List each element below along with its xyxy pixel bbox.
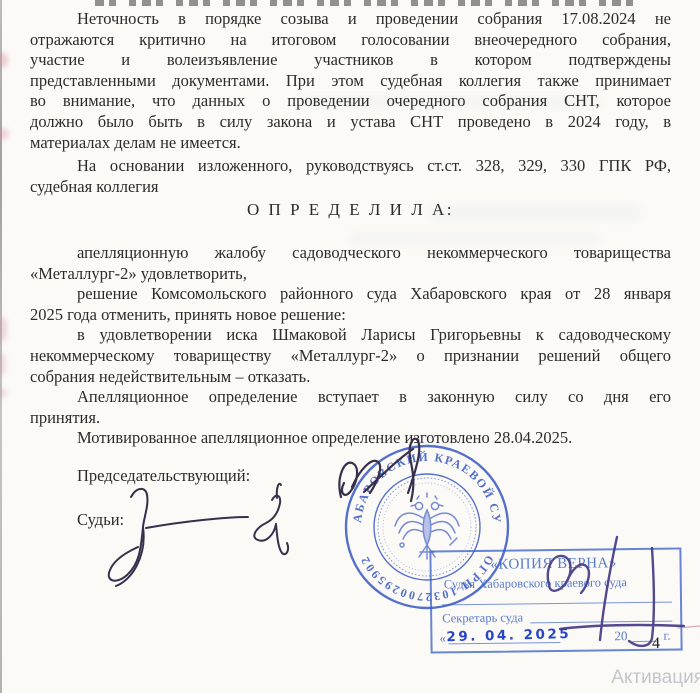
scan-blotch [0,352,6,376]
scanned-court-document-page: Неточность в порядке созыва и проведении… [0,0,700,693]
para-motivated-date: Мотивированное апелляционное определение… [30,428,671,449]
text-line: На основании изложенного, руководствуясь… [30,156,671,177]
text-line: решение Комсомольского районного суда Ха… [30,284,671,305]
secretary-label: Секретарь суда [442,610,523,626]
chair-label: Председательствующий: [30,466,671,487]
secretary-signature-line [530,621,672,624]
copy-certification-stamp: «КОПИЯ ВЕРНА» Судья Хабаровского краевог… [429,547,682,653]
scan-blotch [0,128,9,140]
text-line: «Металлург-2» удовлетворить, [30,264,671,285]
open-quote: « [439,630,446,646]
scan-blotch [0,388,7,398]
text-line: в удовлетворении иска Шмаковой Ларисы Гр… [30,325,671,346]
para-decision-cancelled: решение Комсомольского районного суда Ха… [30,284,671,325]
copy-stamp-judge-line: Судья Хабаровского краевого суда [444,575,627,592]
para-claim-denied: в удовлетворении иска Шмаковой Ларисы Гр… [30,325,671,387]
year-suffix: г. [663,628,670,644]
text-line: судебная коллегия [30,177,671,198]
dater-stamp: 29. 04. 2025 [446,626,571,645]
text-line: представленными документами. При этом су… [30,71,671,92]
text-line: принятия. [30,408,671,429]
text-line: материалах делам не имеется. [30,133,671,154]
page-number: 4 [652,635,660,653]
document-flow: Неточность в порядке созыва и проведении… [30,9,671,531]
text-line: апелляционную жалобу садоводческого неко… [30,243,671,264]
para-appeal-granted: апелляционную жалобу садоводческого неко… [30,243,671,284]
activation-watermark: Активация [611,667,700,689]
text-line: Апелляционное определение вступает в зак… [30,387,671,408]
text-line: отражаются критично на итоговом голосова… [30,30,671,51]
text-line: Председательствующий: [30,466,671,487]
text-line: Неточность в порядке созыва и проведении… [30,9,671,30]
text-line: должно было быть в силу закона и устава … [30,112,671,133]
text-line: Мотивированное апелляционное определение… [30,428,671,449]
scan-blotch [0,316,7,342]
text-line: во внимание, что данных о проведении оче… [30,91,671,112]
cut-off-text-line [95,0,640,6]
copy-stamp-title: «КОПИЯ ВЕРНА» [431,555,675,575]
text-line: Судьи: [30,510,671,531]
text-line: некоммерческому товариществу «Металлург-… [30,346,671,367]
resolution-heading: О П Р Е Д Е Л И Л А: [30,200,671,221]
para-basis: На основании изложенного, руководствуясь… [30,156,671,197]
text-line: участие и волеизъявление участников в ко… [30,50,671,71]
scan-blotch [0,52,8,68]
year-prefix: 20 [614,628,627,644]
text-line: 2025 года отменить, принять новое решени… [30,305,671,326]
scan-edge-artifact [0,0,2,693]
text-line: собрания недействительным – отказать. [30,367,671,388]
para-entry-into-force: Апелляционное определение вступает в зак… [30,387,671,428]
judge-signature-line [442,602,672,606]
para-irregularity: Неточность в порядке созыва и проведении… [30,9,671,153]
judges-label: Судьи: [30,510,671,531]
